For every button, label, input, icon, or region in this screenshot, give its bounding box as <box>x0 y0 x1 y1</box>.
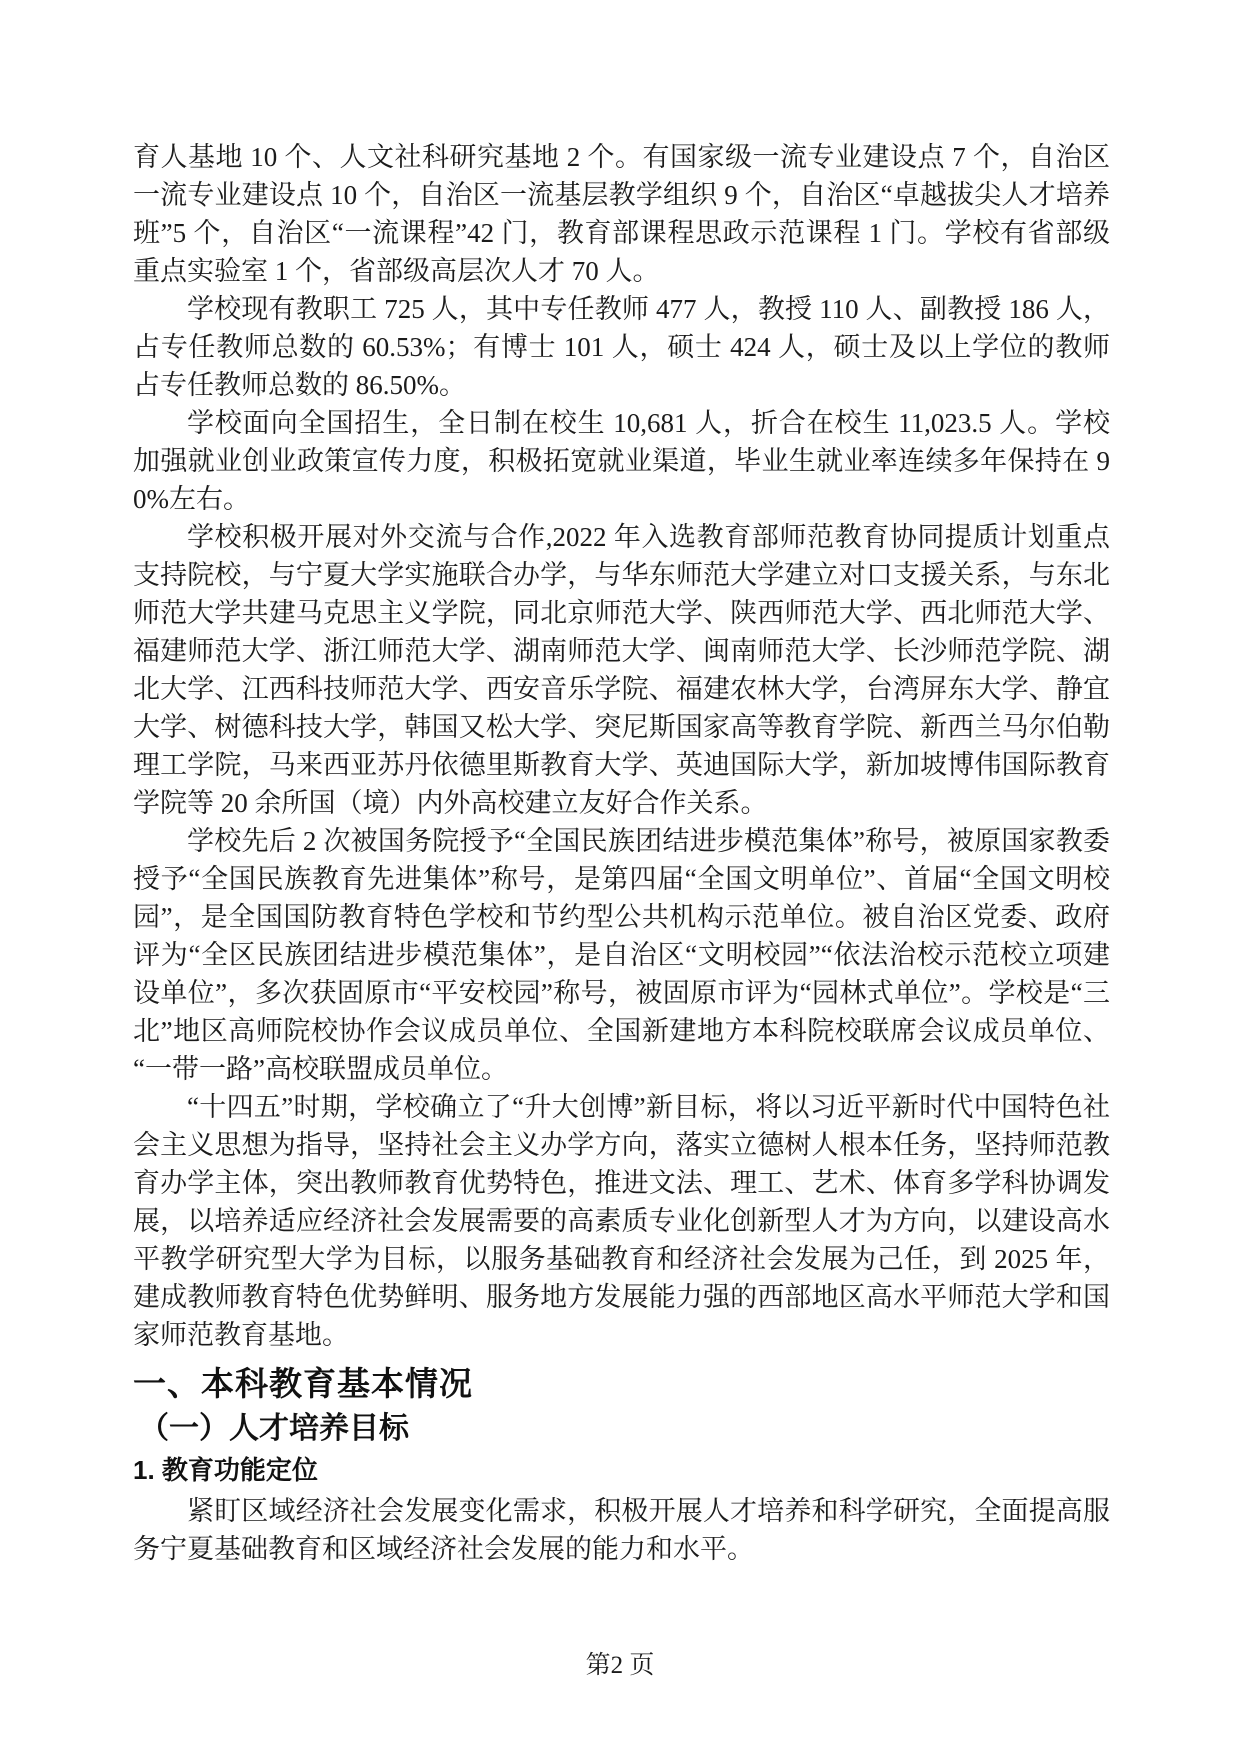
paragraph: 学校积极开展对外交流与合作,2022 年入选教育部师范教育协同提质计划重点支持院… <box>133 518 1110 822</box>
subsection-heading: （一）人才培养目标 <box>139 1408 1110 1450</box>
point-heading: 1. 教育功能定位 <box>133 1452 1110 1488</box>
document-body: 育人基地 10 个、人文社科研究基地 2 个。有国家级一流专业建设点 7 个，自… <box>133 138 1110 1568</box>
paragraph: 学校现有教职工 725 人，其中专任教师 477 人，教授 110 人、副教授 … <box>133 290 1110 404</box>
document-page: 育人基地 10 个、人文社科研究基地 2 个。有国家级一流专业建设点 7 个，自… <box>0 0 1240 1754</box>
paragraph: “十四五”时期，学校确立了“升大创博”新目标，将以习近平新时代中国特色社会主义思… <box>133 1088 1110 1354</box>
paragraph: 学校面向全国招生，全日制在校生 10,681 人，折合在校生 11,023.5 … <box>133 404 1110 518</box>
paragraph: 学校先后 2 次被国务院授予“全国民族团结进步模范集体”称号，被原国家教委授予“… <box>133 822 1110 1088</box>
page-number-footer: 第2 页 <box>0 1645 1240 1681</box>
section-heading: 一、本科教育基本情况 <box>133 1362 1110 1406</box>
paragraph: 紧盯区域经济社会发展变化需求，积极开展人才培养和科学研究，全面提高服务宁夏基础教… <box>133 1492 1110 1568</box>
paragraph: 育人基地 10 个、人文社科研究基地 2 个。有国家级一流专业建设点 7 个，自… <box>133 138 1110 290</box>
